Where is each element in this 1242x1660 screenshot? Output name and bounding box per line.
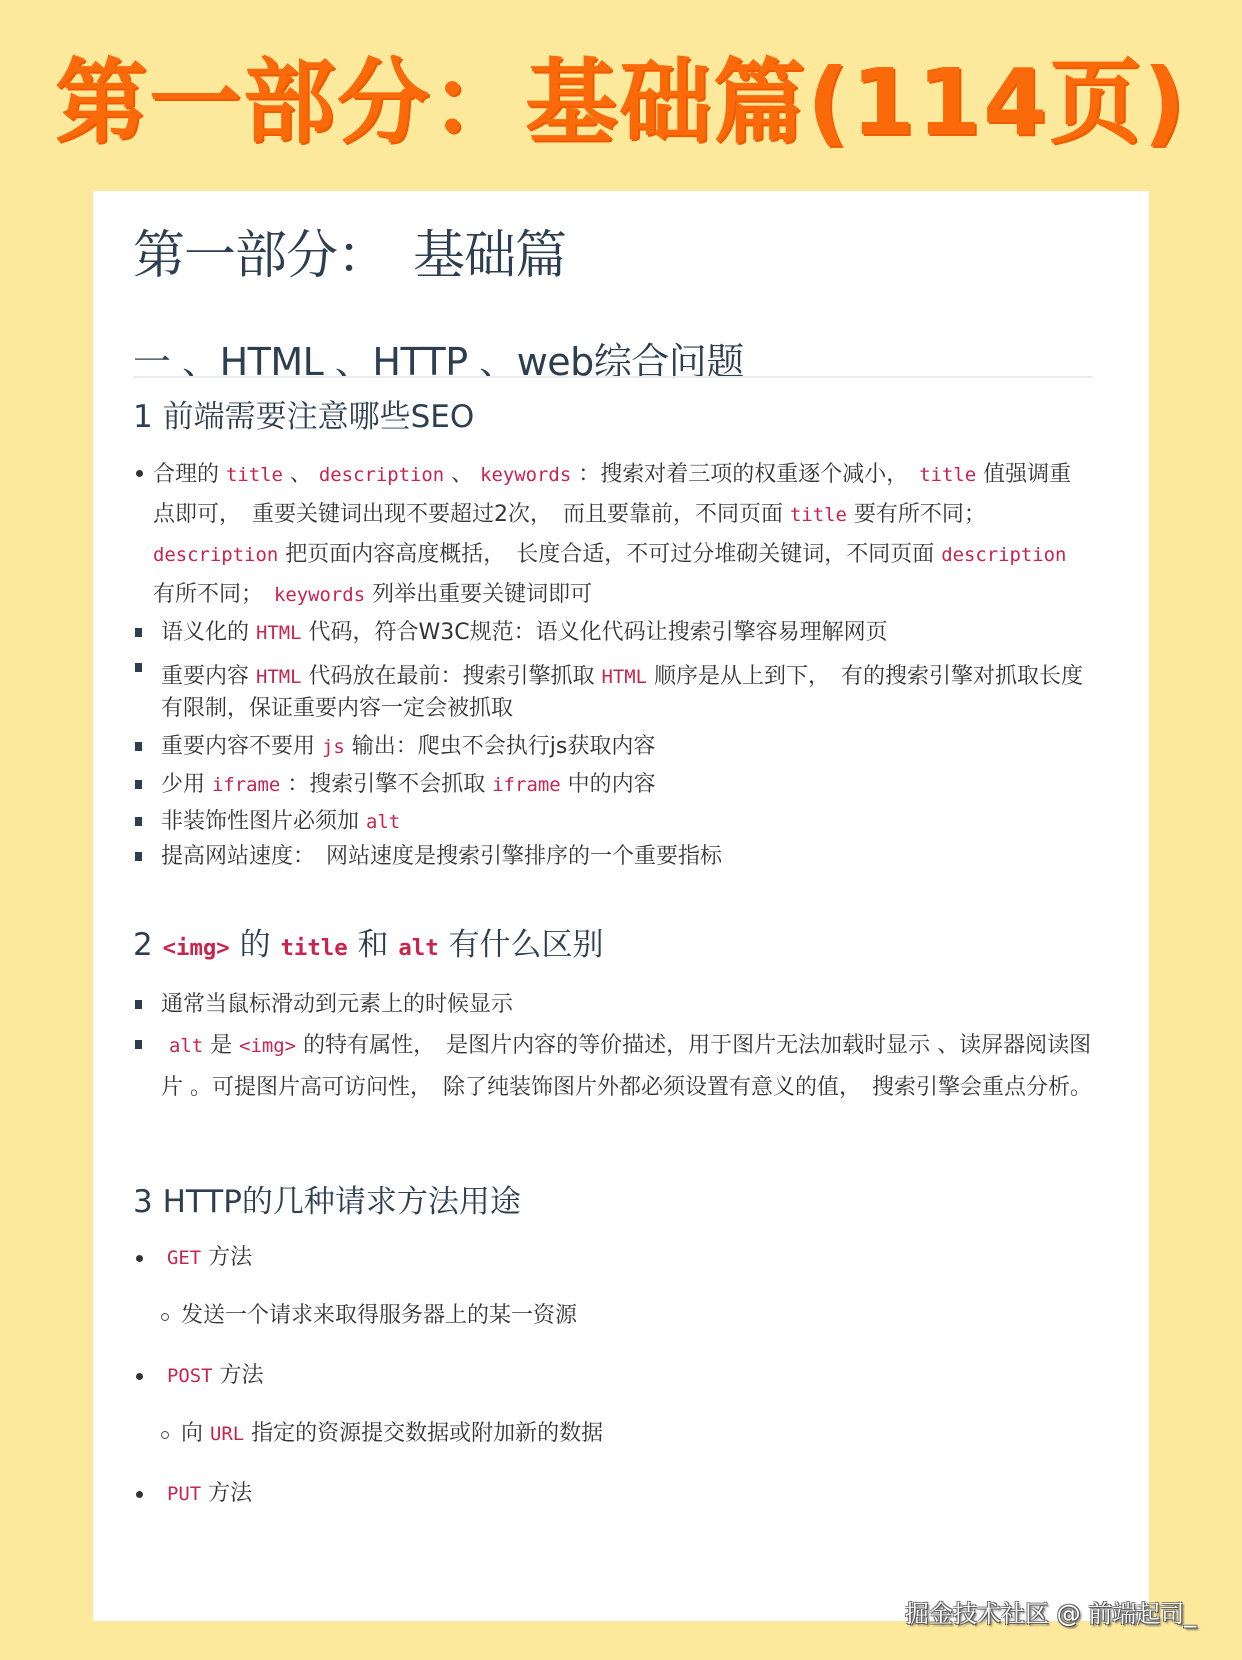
- banner-title: 第一部分：基础篇(114页): [0, 48, 1242, 158]
- bullet-icon: [135, 1000, 142, 1009]
- inline-code: GET: [167, 1247, 201, 1269]
- inline-code: js: [322, 736, 345, 758]
- inline-code: description: [153, 544, 278, 566]
- list-item: 语义化的 HTML 代码，符合W3C规范：语义化代码让搜索引擎容易理解网页: [133, 613, 1093, 653]
- list-item: 重要内容 HTML 代码放在最前：搜索引擎抓取 HTML 顺序是从上到下， 有的…: [133, 657, 1093, 725]
- bullet-icon: [136, 1255, 143, 1262]
- list-item: 提高网站速度： 网站速度是搜索引擎排序的一个重要指标: [133, 837, 1093, 877]
- inline-code: PUT: [167, 1483, 201, 1505]
- page-title: 第一部分： 基础篇: [133, 213, 566, 288]
- bullet-icon: [136, 1373, 143, 1380]
- list-item: alt 是 <img> 的特有属性， 是图片内容的等价描述，用于图片无法加载时显…: [133, 1025, 1093, 1108]
- section-heading-http-methods: 3 HTTP的几种请求方法用途: [133, 1176, 521, 1221]
- inline-code: iframe: [492, 774, 560, 796]
- circle-bullet-icon: [161, 1313, 169, 1321]
- inline-code: HTML: [256, 622, 302, 644]
- bullet-icon: [135, 742, 142, 751]
- list-item: 合理的 title 、 description 、 keywords ：搜索对着…: [133, 455, 1093, 615]
- inline-code: alt: [366, 811, 400, 833]
- heading-divider: [133, 376, 1093, 378]
- bullet-icon: [136, 1491, 143, 1498]
- bullet-icon: [135, 852, 142, 861]
- bullet-icon: [135, 1040, 142, 1049]
- inline-code: HTML: [602, 666, 648, 688]
- list-item-get: GET 方法: [133, 1238, 1093, 1278]
- list-item: 重要内容不要用 js 输出：爬虫不会执行js获取内容: [133, 727, 1093, 767]
- inline-code: <img>: [239, 1035, 296, 1057]
- inline-code: title: [919, 464, 976, 486]
- inline-code: POST: [167, 1365, 213, 1387]
- sub-list-item: 向 URL 指定的资源提交数据或附加新的数据: [133, 1414, 1093, 1454]
- bullet-icon: [135, 663, 142, 672]
- list-item: 通常当鼠标滑动到元素上的时候显示: [133, 985, 1093, 1025]
- inline-code: title: [790, 504, 847, 526]
- bullet-icon: [135, 817, 142, 826]
- inline-code: alt: [169, 1035, 203, 1057]
- inline-code: description: [941, 544, 1066, 566]
- inline-code: iframe: [212, 774, 280, 796]
- section-heading-img: 2 <img> 的 title 和 alt 有什么区别: [133, 919, 604, 964]
- bullet-icon: [136, 470, 143, 477]
- inline-code: title: [226, 464, 283, 486]
- inline-code: alt: [398, 935, 438, 961]
- list-item: 非装饰性图片必须加 alt: [133, 802, 1093, 842]
- watermark: 掘金技术社区 @ 前端起司_: [905, 1594, 1196, 1629]
- inline-code: title: [280, 935, 347, 961]
- inline-code: URL: [210, 1423, 244, 1445]
- inline-code: <img>: [163, 935, 230, 961]
- circle-bullet-icon: [161, 1431, 169, 1439]
- bullet-icon: [135, 628, 142, 637]
- bullet-icon: [135, 780, 142, 789]
- document-card: 第一部分： 基础篇 一 、HTML 、HTTP 、web综合问题 1 前端需要注…: [93, 191, 1149, 1621]
- inline-code: keywords: [480, 464, 571, 486]
- sub-list-item: 发送一个请求来取得服务器上的某一资源: [133, 1296, 1093, 1336]
- list-item: 少用 iframe ：搜索引擎不会抓取 iframe 中的内容: [133, 765, 1093, 805]
- inline-code: keywords: [274, 584, 365, 606]
- list-item-post: POST 方法: [133, 1356, 1093, 1396]
- section-heading-seo: 1 前端需要注意哪些SEO: [133, 391, 474, 436]
- inline-code: description: [319, 464, 444, 486]
- inline-code: HTML: [256, 666, 302, 688]
- list-item-put: PUT 方法: [133, 1474, 1093, 1514]
